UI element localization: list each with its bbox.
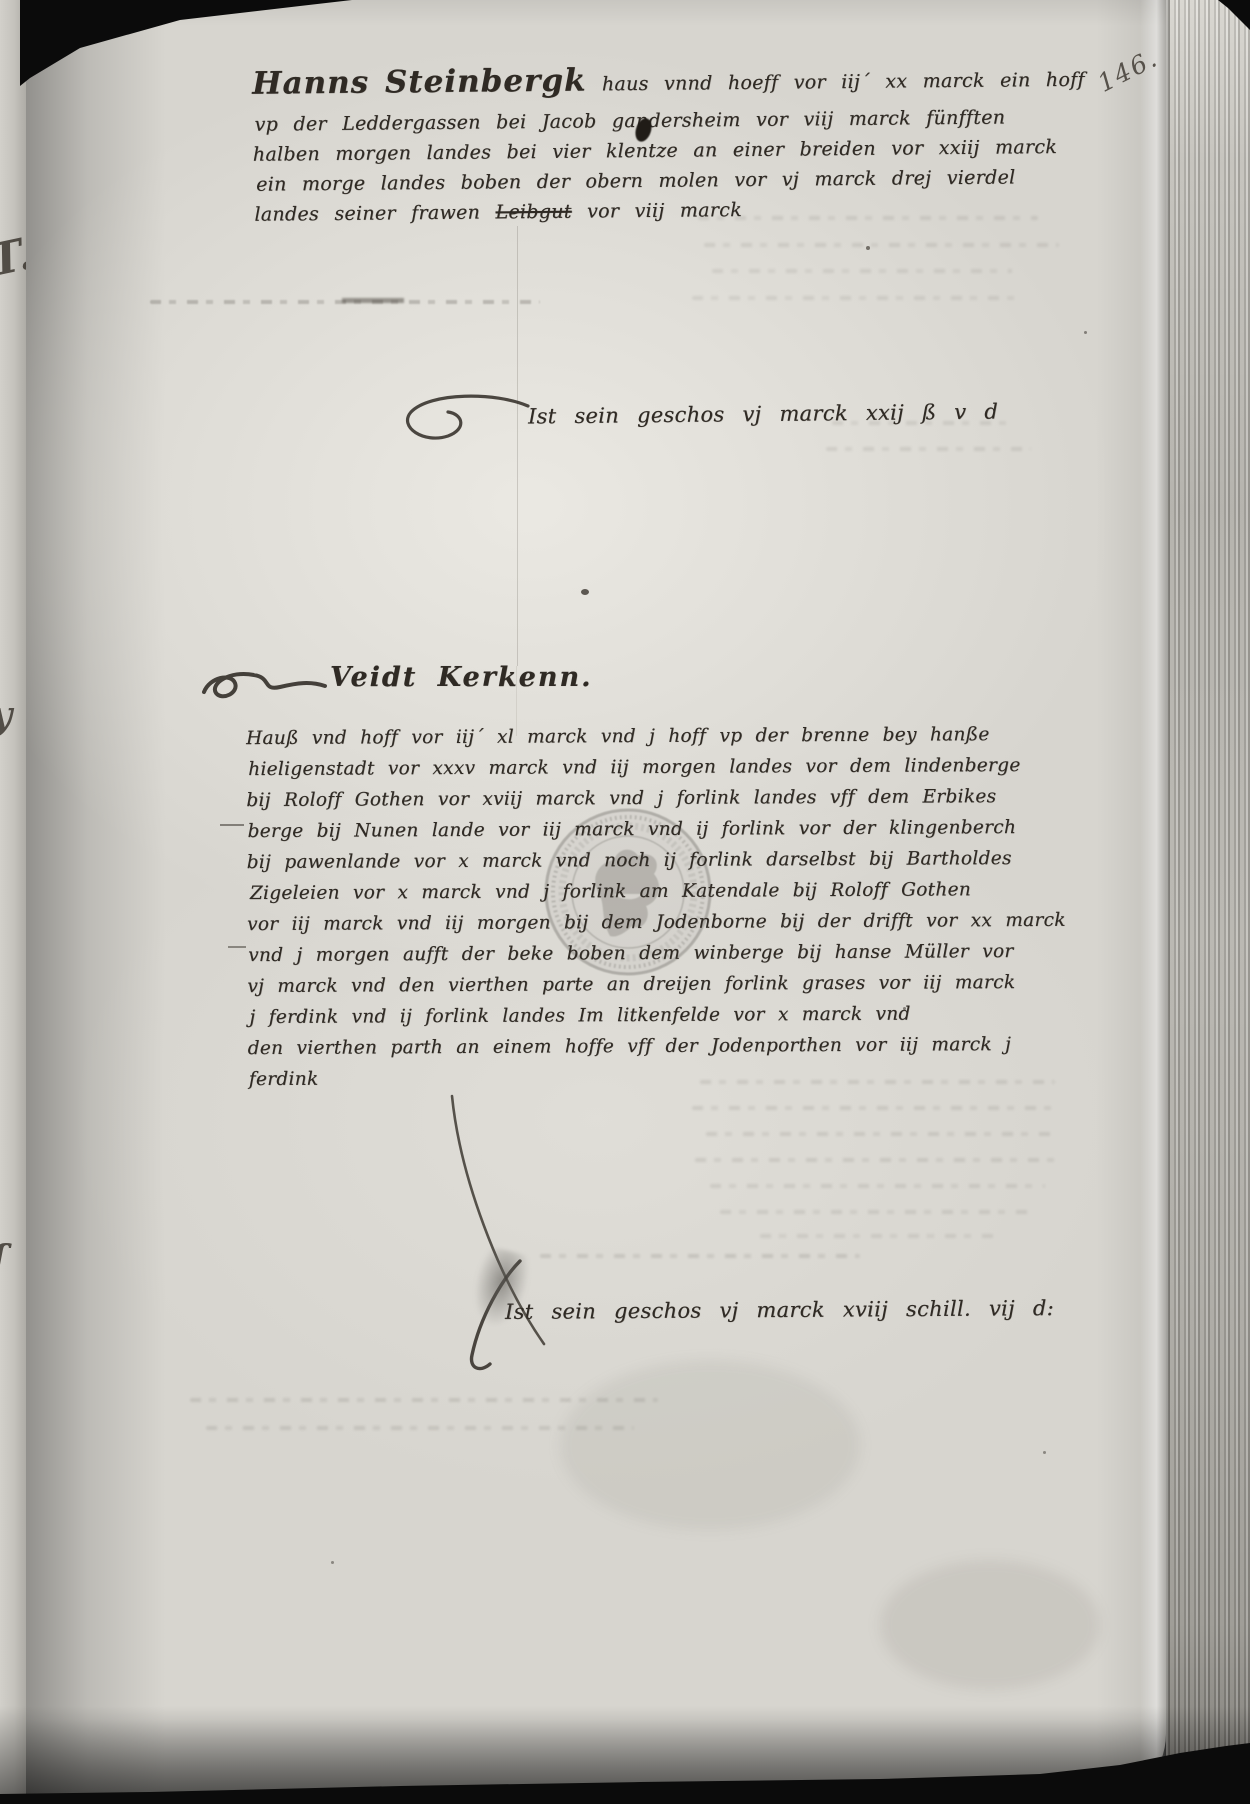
entry-text: vor viij marck <box>572 199 742 223</box>
tax-sum-line: Ist sein geschos vj marck xviij schill. … <box>505 1296 1054 1324</box>
bleedthrough-line <box>720 1210 1030 1214</box>
entry-line: vor iij marck vnd iij morgen bij dem Jod… <box>247 910 1066 935</box>
paper-stain <box>880 1560 1100 1690</box>
entry-line: berge bij Nunen lande vor iij marck vnd … <box>247 817 1016 842</box>
margin-dash <box>220 824 244 826</box>
tax-sum-line: Ist sein geschos vj marck xxij ß v d <box>528 400 998 429</box>
bleedthrough-line <box>760 1234 1000 1238</box>
bleedthrough-line <box>826 447 1031 451</box>
entry-text: landes seiner frawen <box>254 201 495 225</box>
bleedthrough-line <box>540 1254 860 1258</box>
struck-word: Leibgut <box>495 201 571 224</box>
bleedthrough-line <box>692 296 1022 300</box>
person-name: Hanns Steinbergk <box>252 63 587 102</box>
ink-speck <box>331 1561 334 1564</box>
section-heading: Veidt Kerkenn. <box>330 662 592 693</box>
bleedthrough-line <box>698 216 1038 220</box>
entry-line: bij Roloff Gothen vor xviij marck vnd j … <box>246 786 996 811</box>
pen-flourish <box>396 390 536 450</box>
entry-line: j ferdink vnd ij forlink landes Im litke… <box>249 1004 910 1028</box>
book-bottom-shadow <box>0 1706 1250 1800</box>
entry-line: den vierthen parth an einem hoffe vff de… <box>248 1034 1012 1059</box>
bleedthrough-line <box>712 269 1012 273</box>
edge-fragment: y <box>0 692 12 737</box>
ink-speck <box>581 589 589 595</box>
entry-line: vnd j morgen aufft der beke boben dem wi… <box>248 941 1013 966</box>
entry-line: vj marck vnd den vierthen parte an dreij… <box>247 972 1015 997</box>
fore-edge-page-stack <box>1166 0 1250 1804</box>
bleedthrough-line <box>700 1080 1055 1084</box>
bleedthrough-line <box>692 1106 1062 1110</box>
page-edge-highlight <box>1140 0 1170 1804</box>
paper-stain <box>560 1360 860 1530</box>
bleedthrough-line <box>706 1132 1051 1136</box>
bleedthrough-line <box>695 1158 1057 1162</box>
entry-line: bij pawenlande vor x marck vnd noch ij f… <box>247 848 1012 873</box>
bleedthrough-line <box>206 1426 634 1430</box>
ink-speck <box>1084 331 1087 334</box>
entry-text: haus vnnd hoeff vor iij´ xx marck ein ho… <box>586 69 1084 96</box>
pen-flourish <box>200 660 328 712</box>
entry-line: Zigeleien vor x marck vnd j forlink am K… <box>250 879 971 904</box>
erased-line <box>342 298 404 303</box>
entry-line: landes seiner frawen Leibgut vor viij ma… <box>254 199 742 226</box>
entry-line: ferdink <box>249 1069 319 1090</box>
facing-page-edge: T. y ſ <box>0 0 26 1804</box>
ink-speck <box>1043 1451 1046 1454</box>
edge-fragment: T. <box>0 228 26 287</box>
manuscript-photo: T. y ſ 146. Hanns Steinbergk haus vnnd h… <box>0 0 1250 1804</box>
entry-line: hieligenstadt vor xxxv marck vnd iij mor… <box>248 755 1020 780</box>
bleedthrough-line <box>704 243 1059 247</box>
ink-speck <box>866 246 870 250</box>
edge-fragment: ſ <box>0 1236 6 1281</box>
margin-dash <box>228 946 246 948</box>
ink-speck <box>903 1007 906 1010</box>
bleedthrough-line <box>190 1398 658 1402</box>
entry-line: Hauß vnd hoff vor iij´ xl marck vnd j ho… <box>246 724 990 749</box>
bleedthrough-line <box>710 1184 1045 1188</box>
